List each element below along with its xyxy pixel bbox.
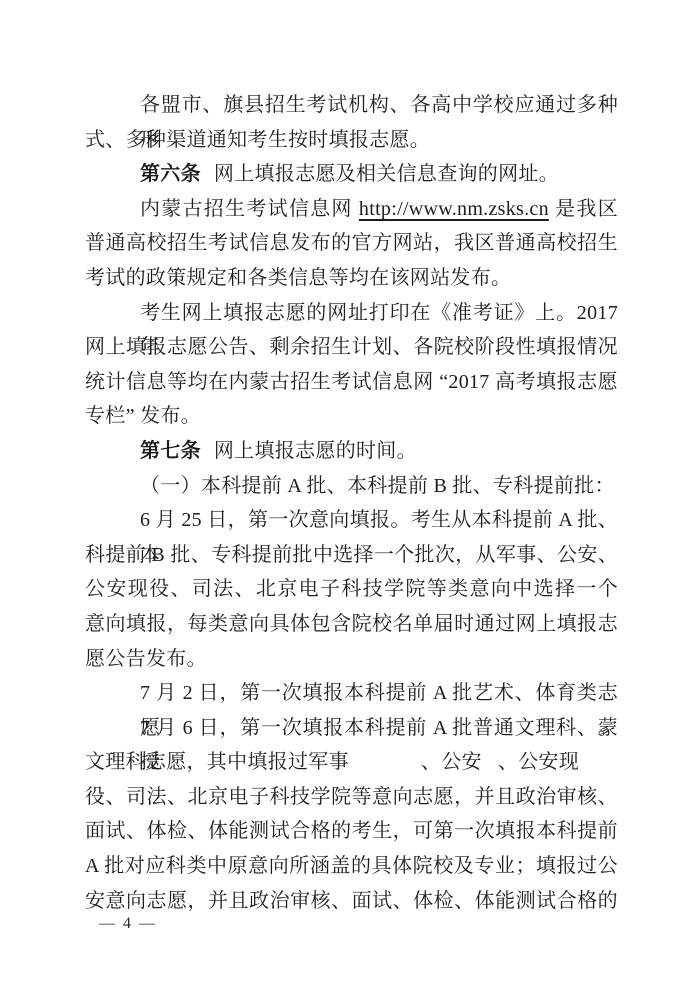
line-text: 是我区	[549, 198, 618, 220]
text-line: 意向填报，每类意向具体包含院校名单届时通过网上填报志	[85, 607, 618, 642]
line-text: 意向填报，每类意向具体包含院校名单届时通过网上填报志	[85, 613, 618, 635]
line-text: 文理科志愿，其中填报过军事	[85, 751, 349, 773]
line-text: 安意向志愿，并且政治审核、面试、体检、体能测试合格的	[85, 890, 618, 912]
article-number: 第七条	[140, 440, 201, 462]
text-line: 专栏” 发布。	[85, 399, 618, 434]
text-line: 式、多种渠道通知考生按时填报志愿。	[85, 123, 618, 158]
line-text: 式、多种渠道通知考生按时填报志愿。	[85, 129, 430, 151]
line-text: 、公安	[421, 751, 482, 773]
line-text: 役、司法、北京电子科技学院等意向志愿，并且政治审核、	[85, 786, 618, 808]
line-text: 内蒙古招生考试信息网	[140, 198, 359, 220]
line-text: 专栏” 发布。	[85, 405, 201, 427]
text-line: 各盟市、旗县招生考试机构、各高中学校应通过多种形	[85, 88, 618, 123]
text-line: 7 月 2 日，第一次填报本科提前 A 批艺术、体育类志愿。	[85, 676, 618, 711]
text-line: 网上填报志愿公告、剩余招生计划、各院校阶段性填报情况	[85, 330, 618, 365]
line-text: 考试的政策规定和各类信息等均在该网站发布。	[85, 267, 511, 289]
text-line: 愿公告发布。	[85, 642, 618, 677]
text-line: 安意向志愿，并且政治审核、面试、体检、体能测试合格的	[85, 884, 618, 919]
document-body: 各盟市、旗县招生考试机构、各高中学校应通过多种形 式、多种渠道通知考生按时填报志…	[85, 88, 618, 918]
line-text: （一）本科提前 A 批、本科提前 B 批、专科提前批：	[140, 475, 615, 497]
text-line: 役、司法、北京电子科技学院等意向志愿，并且政治审核、	[85, 780, 618, 815]
line-text: 网上填报志愿的时间。	[214, 440, 417, 462]
text-line: （一）本科提前 A 批、本科提前 B 批、专科提前批：	[85, 469, 618, 504]
text-line: 普通高校招生考试信息发布的官方网站，我区普通高校招生	[85, 226, 618, 261]
text-line: 考生网上填报志愿的网址打印在《准考证》上。2017 年	[85, 296, 618, 331]
line-text: 普通高校招生考试信息发布的官方网站，我区普通高校招生	[85, 232, 618, 254]
line-text: A 批对应科类中原意向所涵盖的具体院校及专业；填报过公	[85, 855, 618, 877]
text-line: 内蒙古招生考试信息网 http://www.nm.zsks.cn 是我区	[85, 192, 618, 227]
line-text: 愿公告发布。	[85, 648, 207, 670]
text-line: 科提前 B 批、专科提前批中选择一个批次，从军事、公安、	[85, 538, 618, 573]
line-text: 网上填报志愿及相关信息查询的网址。	[214, 163, 559, 185]
page-number: — 4 —	[99, 913, 157, 935]
text-line: 统计信息等均在内蒙古招生考试信息网 “2017 高考填报志愿	[85, 365, 618, 400]
document-page: 各盟市、旗县招生考试机构、各高中学校应通过多种形 式、多种渠道通知考生按时填报志…	[0, 0, 700, 990]
text-line-article-6: 第六条网上填报志愿及相关信息查询的网址。	[85, 157, 618, 192]
line-text: 面试、体检、体能测试合格的考生，可第一次填报本科提前	[85, 820, 618, 842]
article-number: 第六条	[140, 163, 201, 185]
text-line: 面试、体检、体能测试合格的考生，可第一次填报本科提前	[85, 814, 618, 849]
text-line: 考试的政策规定和各类信息等均在该网站发布。	[85, 261, 618, 296]
document-url: http://www.nm.zsks.cn	[359, 198, 549, 220]
text-line: A 批对应科类中原意向所涵盖的具体院校及专业；填报过公	[85, 849, 618, 884]
line-text: 公安现役、司法、北京电子科技学院等类意向中选择一个	[85, 578, 618, 600]
text-line: 7 月 6 日，第一次填报本科提前 A 批普通文理科、蒙授	[85, 711, 618, 746]
text-line: 公安现役、司法、北京电子科技学院等类意向中选择一个	[85, 572, 618, 607]
line-text: 科提前 B 批、专科提前批中选择一个批次，从军事、公安、	[85, 544, 618, 566]
line-text: 统计信息等均在内蒙古招生考试信息网 “2017 高考填报志愿	[85, 371, 618, 393]
text-line-with-blanks: 文理科志愿，其中填报过军事、公安、公安现	[85, 745, 618, 780]
line-text: 、公安现	[498, 751, 579, 773]
text-line: 6 月 25 日，第一次意向填报。考生从本科提前 A 批、本	[85, 503, 618, 538]
line-text: 网上填报志愿公告、剩余招生计划、各院校阶段性填报情况	[85, 336, 618, 358]
text-line-article-7: 第七条网上填报志愿的时间。	[85, 434, 618, 469]
